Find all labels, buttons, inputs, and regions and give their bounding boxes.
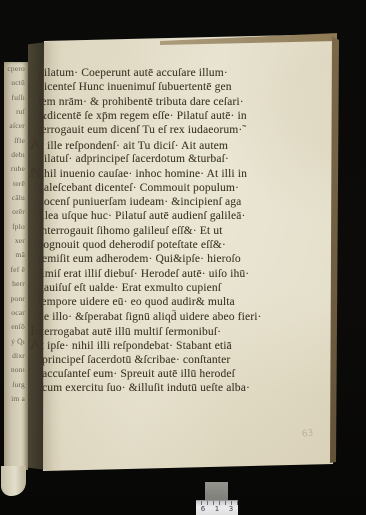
page-fragment: ſfle <box>4 134 28 148</box>
facing-page-fragments: cperouctūfuſſıruſaſcerſfledebırubeterēcā… <box>4 62 28 406</box>
scale-digit: 1 <box>215 505 219 513</box>
page-fragment: im a <box>4 392 28 406</box>
text-line: ualeſcebant dicenteſ· Commouit populum· <box>38 181 322 195</box>
page-bottom-curl <box>1 466 26 496</box>
text-block: pilatum· Coeperunt autē accuſare illum·d… <box>30 66 322 396</box>
page-fragment: nonı <box>4 363 28 377</box>
text-line: dicenteſ Hunc inuenimuſ ſubuertentē gen <box>38 80 322 94</box>
text-line: lilea uſque huc· Pilatuſ autē audienſ ga… <box>38 209 322 223</box>
text-line: At ipſe· nihil illi reſpondebat· Stabant… <box>30 338 322 352</box>
page-fragment: ruſ <box>4 105 28 119</box>
page-fragment: enſō <box>4 320 28 334</box>
scale-label: 6 1 3 <box>196 500 238 515</box>
page-fragment: mā <box>4 248 28 262</box>
page-fragment: aſcer <box>4 119 28 133</box>
text-line: cum exercitu ſuo· &illuſit indutū ueſte … <box>42 381 322 395</box>
page-fragment: terē <box>4 177 28 191</box>
text-line: At ille reſpondenſ· ait Tu diciſ· Ait au… <box>30 138 322 152</box>
page-fragment: fuſſı <box>4 91 28 105</box>
page-fragment: orēr <box>4 205 28 219</box>
page-fragment: herr <box>4 277 28 291</box>
page-fragment: dixr <box>4 349 28 363</box>
text-line: pilatum· Coeperunt autē accuſare illum· <box>38 66 322 80</box>
grey-calibration-chip <box>205 482 228 501</box>
page-fragment: ocar <box>4 306 28 320</box>
photo-backdrop: cperouctūfuſſıruſaſcerſfledebırubeterēcā… <box>0 0 366 515</box>
page-fragment: fef ē <box>4 263 28 277</box>
facing-page-edge: cperouctūfuſſıruſaſcerſfledebırubeterēcā… <box>4 62 28 470</box>
text-line: remiſit eum adherodem· Qui&ipſe· hieroſo <box>38 252 322 266</box>
text-line: de illo· &ſperabat ſignū aliqd̄ uidere a… <box>38 310 322 324</box>
text-line: principeſ ſacerdotū &ſcribae· conſtanter <box>42 353 322 367</box>
scale-digit: 6 <box>201 505 205 513</box>
text-line: docenſ puniuerſam iudeam· &incipienſ aga <box>38 195 322 209</box>
scale-digit: 3 <box>229 505 233 513</box>
text-line: pilatuſ· adprincipeſ ſacerdotum &turbaſ· <box>38 152 322 166</box>
text-line: Interrogabat autē illū multiſ ſermonibuſ… <box>30 324 322 338</box>
text-line: gauiſuſ eſt ualde· Erat exmulto cupienſ <box>38 281 322 295</box>
text-line: limiſ erat illiſ diebuſ· Herodeſ autē· u… <box>38 267 322 281</box>
page-fragment: fplo <box>4 220 28 234</box>
text-line: accuſanteſ eum· Spreuit autē illū herode… <box>42 367 322 381</box>
text-line: tem nrām· & prohibentē tributa dare ceſa… <box>38 95 322 109</box>
text-line: Nihil inuenio cauſae· inhoc homine· At i… <box>30 166 322 180</box>
page-fragment: debı <box>4 148 28 162</box>
page-fragment: ponr <box>4 292 28 306</box>
page-fragment: cālu <box>4 191 28 205</box>
page-fragment: rube <box>4 162 28 176</box>
text-line: interrogauit ſihomo galileuſ eſſ&· Et ut <box>38 224 322 238</box>
text-line: cognouit quod deherodiſ poteſtate eſſ&· <box>38 238 322 252</box>
page-fragment: cpero <box>4 62 28 76</box>
page-fragment: uctū <box>4 76 28 90</box>
page-fragment: ẏ Q̄ı <box>4 335 28 349</box>
text-line: terrogauit eum dicenſ Tu eſ rex iudaeoru… <box>38 123 322 137</box>
page-fragment: ſurg <box>4 378 28 392</box>
folio-number-pencil: 63 <box>302 428 314 439</box>
page-fragment: xer <box>4 234 28 248</box>
text-line: tempore uidere eū· eo quod audir& multa <box>38 295 322 309</box>
text-line: &dicentē ſe xp̄m regem eſſe· Pilatuſ aut… <box>38 109 322 123</box>
